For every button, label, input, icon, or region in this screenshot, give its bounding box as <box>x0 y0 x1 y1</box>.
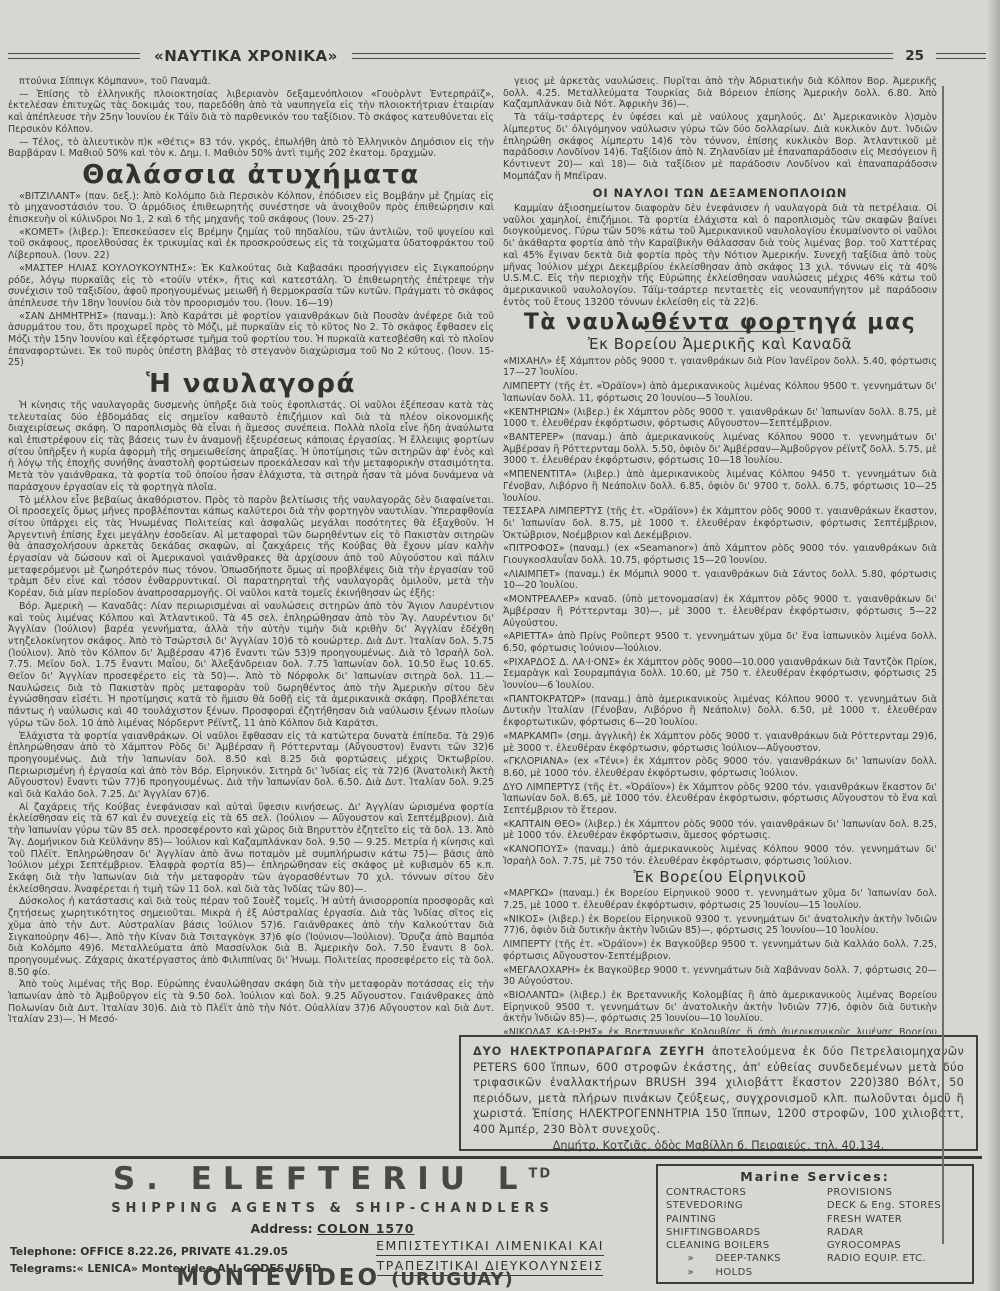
company-main: ELEFTERIU <box>191 1161 476 1197</box>
marine-services-box: Marine Services: CONTRACTORSSTEVEDORINGP… <box>656 1164 974 1284</box>
freight-continuation-section: γειος μὲ ἀρκετὰς ναυλώσεις. Πυρῖται ἀπὸ … <box>503 76 937 182</box>
page-edge-line <box>942 86 944 1244</box>
company-address: Address: COLON 1570 <box>0 1221 665 1236</box>
service-item: CLEANING BOILERS <box>666 1239 827 1252</box>
tanker-paragraph: Καμμίαν ἀξιοσημείωτον διαφορὰν δὲν ἐνεφά… <box>503 203 937 308</box>
accidents-section: «ΒΙΤΖΙΛΑΝΤ» (παν. δεξ.): Ἀπὸ Κολόμπο διὰ… <box>8 191 494 370</box>
ship-listing: «ΜΑΡΓΚΩ» (παναμ.) ἐκ Βορείου Εἰρηνικοῦ 9… <box>503 888 937 911</box>
ship-listing: «ΝΙΚΟΛΑΣ ΚΑ·Ι·ΡΗΣ» ἐκ Βρεταννικῆς Κολομβ… <box>503 1027 937 1034</box>
freight-paragraph: Τὸ μέλλον εἶνε βεβαίως ἀκαθόριστον. Πρὸς… <box>8 495 494 600</box>
generator-ad-contact: Δημήτρ. Κοτζιᾶς, ὁδὸς Μαβίλλη 6, Πειραιε… <box>473 1139 964 1152</box>
company-suffix: LTD <box>498 1161 552 1197</box>
generator-ad-text: ΔΥΟ ΗΛΕΚΤΡΟΠΑΡΑΓΩΓΑ ΖΕΥΓΗ ἀποτελούμενα ἐ… <box>473 1044 964 1138</box>
section-north-america: Ἐκ Βορείου Ἀμερικῆς καὶ Καναδᾶ <box>503 339 937 351</box>
intro-paragraph: πτούνια Σίππιγκ Κόμπανυ», τοῦ Παναμᾶ. <box>8 76 494 88</box>
right-column: γειος μὲ ἀρκετὰς ναυλώσεις. Πυρῖται ἀπὸ … <box>503 76 937 1034</box>
service-item: PAINTING <box>666 1213 827 1226</box>
freight-section: Ἡ κίνησις τῆς ναυλαγορᾶς δυσμενὴς ὑπῆρξε… <box>8 400 494 1026</box>
intro-paragraph: — Ἐπίσης τὸ ἑλληνικῆς πλοιοκτησίας λιβερ… <box>8 89 494 136</box>
ship-listing: «ΠΑΝΤΟΚΡΑΤΩΡ» (παναμ.) ἀπὸ ἀμερικανικοὺς… <box>503 694 937 729</box>
ship-listing: «ΜΠΕΝΕΝΤΙΤΑ» (λιβερ.) ἀπὸ ἀμερικανικοὺς … <box>503 469 937 504</box>
generator-ad-body: ἀποτελούμενα ἐκ δύο Πετρελαιομηχανῶν PET… <box>473 1045 964 1136</box>
country-name: (URUGUAY) <box>391 1269 514 1290</box>
section-north-pacific: Ἐκ Βορείου Εἰρηνικοῦ <box>503 872 937 884</box>
ship-listing: «ΠΙΤΡΟΦΟΣ» (παναμ.) (ex «Seamanor») ἀπὸ … <box>503 543 937 566</box>
ship-listing: «ΜΕΓΑΛΟΧΑΡΗ» ἐκ Βαγκοῦβερ 9000 τ. γεννημ… <box>503 965 937 988</box>
freight-paragraph: Τὰ τάϊμ-τσάρτερς ἐν ὑφέσει καὶ μὲ ναύλου… <box>503 112 937 182</box>
address-label: Address: <box>250 1221 312 1236</box>
accident-paragraph: «ΚΟΜΕΤ» (λιβερ.): Ἐπεσκεύασεν εἰς Βρέμην… <box>8 227 494 262</box>
ship-listing: ΛΙΜΠΕΡΤΥ (τῆς ἑτ. «Ὀράϊον») ἐκ Βαγκοῦβερ… <box>503 939 937 962</box>
ship-listing: «ΛΙΑΙΜΠΕΤ» (παναμ.) ἐκ Μόμπιλ 9000 τ. γα… <box>503 569 937 592</box>
accident-paragraph: «ΜΑΣΤΕΡ ΗΛΙΑΣ ΚΟΥΛΟΥΚΟΥΝΤΗΣ»: Ἐκ Καλκούτ… <box>8 263 494 310</box>
ship-listing: «ΚΑΠΤΑΙΝ ΘΕΟ» (λιβερ.) ἐκ Χάμπτον ρὸδς 9… <box>503 819 937 842</box>
intro-paragraph: — Τέλος, τὸ ἁλιευτικὸν π)κ «Θέτις» 83 τό… <box>8 137 494 160</box>
company-name: S. ELEFTERIU LTD <box>0 1161 665 1197</box>
service-item: » DEEP-TANKS <box>666 1252 827 1265</box>
freight-paragraph: Αἱ ζαχάρεις τῆς Κούβας ἐνεφάνισαν καὶ αὐ… <box>8 802 494 896</box>
magazine-title: «ΝΑΥΤΙΚΑ ΧΡΟΝΙΚΑ» <box>154 47 338 65</box>
freight-paragraph: γειος μὲ ἀρκετὰς ναυλώσεις. Πυρῖται ἀπὸ … <box>503 76 937 111</box>
ship-listing: ΤΕΣΣΑΡΑ ΛΙΜΠΕΡΤΥΣ (τῆς ἑτ. «Ὀράϊον») ἐκ … <box>503 506 937 541</box>
ship-listing: «ΚΑΝΟΠΟΥΣ» (παναμ.) ἀπὸ ἀμερικανικοὺς λι… <box>503 844 937 867</box>
freight-paragraph: Ἡ κίνησις τῆς ναυλαγορᾶς δυσμενὴς ὑπῆρξε… <box>8 400 494 494</box>
services-left-list: CONTRACTORSSTEVEDORINGPAINTINGSHIFTINGBO… <box>666 1186 827 1279</box>
generator-sale-ad: ΔΥΟ ΗΛΕΚΤΡΟΠΑΡΑΓΩΓΑ ΖΕΥΓΗ ἀποτελούμενα ἐ… <box>459 1035 978 1151</box>
generator-ad-lead: ΔΥΟ ΗΛΕΚΤΡΟΠΑΡΑΓΩΓΑ ΖΕΥΓΗ <box>473 1045 705 1058</box>
magazine-page: «ΝΑΥΤΙΚΑ ΧΡΟΝΙΚΑ» 25 πτούνια Σίππιγκ Κόμ… <box>0 0 1000 1291</box>
masthead-rule-center <box>352 53 893 59</box>
left-column: πτούνια Σίππιγκ Κόμπανυ», τοῦ Παναμᾶ.— Ἐ… <box>8 76 494 1152</box>
freight-paragraph: Ἐλάχιστα τὰ φορτία γαιανθράκων. Οἱ ναῦλο… <box>8 731 494 801</box>
service-item: CONTRACTORS <box>666 1186 827 1199</box>
ship-listing: ΛΙΜΠΕΡΤΥ (τῆς ἑτ. «Ὀράϊον») ἀπὸ ἀμερικαν… <box>503 381 937 404</box>
chartered-headline: Τὰ ναυλωθέντα φορτηγά μας <box>503 317 937 329</box>
intro-section: πτούνια Σίππιγκ Κόμπανυ», τοῦ Παναμᾶ.— Ἐ… <box>8 76 494 160</box>
ship-listing: «ΑΡΙΕΤΤΑ» ἀπὸ Πρίνς Ροῦπερτ 9500 τ. γενν… <box>503 631 937 654</box>
company-tagline: SHIPPING AGENTS & SHIP-CHANDLERS <box>0 1201 665 1216</box>
masthead-rule-right <box>936 53 986 59</box>
listings-north-america: «ΜΙΧΑΗΛ» ἐξ Χάμπτον ρὸδς 9000 τ. γαιανθρ… <box>503 356 937 868</box>
elefteriu-ad: S. ELEFTERIU LTD SHIPPING AGENTS & SHIP-… <box>0 1156 982 1291</box>
masthead: «ΝΑΥΤΙΚΑ ΧΡΟΝΙΚΑ» 25 <box>8 47 986 65</box>
tanker-rates-section: Καμμίαν ἀξιοσημείωτον διαφορὰν δὲν ἐνεφά… <box>503 203 937 308</box>
accident-paragraph: «ΣΑΝ ΔΗΜΗΤΡΗΣ» (παναμ.): Ἀπὸ Καράτσι μὲ … <box>8 311 494 370</box>
address-value: COLON 1570 <box>317 1221 415 1236</box>
marine-services-columns: CONTRACTORSSTEVEDORINGPAINTINGSHIFTINGBO… <box>666 1186 964 1279</box>
ship-listing: «ΒΙΟΛΑΝΤΩ» (λιβερ.) ἐκ Βρεταννικῆς Κολομ… <box>503 990 937 1025</box>
marine-services-title: Marine Services: <box>666 1169 964 1184</box>
ship-listing: «ΜΟΝΤΡΕΑΛΕΡ» καναδ. (ὑπὸ μετονομασίαν) ἐ… <box>503 594 937 629</box>
ship-listing: «ΓΚΛΟΡΙΑΝΑ» (ex «Τένι») ἐκ Χάμπτον ρὸδς … <box>503 756 937 779</box>
accident-paragraph: «ΒΙΤΖΙΛΑΝΤ» (παν. δεξ.): Ἀπὸ Κολόμπο διὰ… <box>8 191 494 226</box>
ship-listing: «ΝΙΚΟΣ» (λιβερ.) ἐκ Βορείου Εἰρηνικοῦ 93… <box>503 914 937 937</box>
page-edge-shadow <box>987 0 1000 1291</box>
ship-listing: ΔΥΟ ΛΙΜΠΕΡΤΥΣ (τῆς ἑτ. «Ὀράϊον») ἐκ Χάμπ… <box>503 782 937 817</box>
ship-listing: «ΜΙΧΑΗΛ» ἐξ Χάμπτον ρὸδς 9000 τ. γαιανθρ… <box>503 356 937 379</box>
freight-paragraph: Δύσκολος ἡ κατάστασις καὶ διὰ τοὺς πέραν… <box>8 896 494 978</box>
freight-paragraph: Ἀπὸ τοὺς λιμένας τῆς Βορ. Εὐρώπης ἐναυλώ… <box>8 979 494 1026</box>
listings-north-pacific: «ΜΑΡΓΚΩ» (παναμ.) ἐκ Βορείου Εἰρηνικοῦ 9… <box>503 888 937 1034</box>
service-item: SHIFTINGBOARDS <box>666 1226 827 1239</box>
accidents-headline: Θαλάσσια ἀτυχήματα <box>8 170 494 182</box>
company-prefix: S. <box>113 1161 169 1197</box>
service-item: STEVEDORING <box>666 1199 827 1212</box>
service-item: RADIO EQUIP. ETC. <box>827 1252 964 1265</box>
service-item: » HOLDS <box>666 1266 827 1279</box>
ship-listing: «ΚΕΝΤΗΡΙΩΝ» (λιβερ.) ἐκ Χάμπτον ρὸδς 900… <box>503 407 937 430</box>
company-city: MONTEVIDEO (URUGUAY) <box>30 1265 660 1291</box>
freight-headline: Ἡ ναυλαγορά <box>8 379 494 391</box>
tanker-rates-headline: ΟΙ ΝΑΥΛΟΙ ΤΩΝ ΔΕΞΑΜΕΝΟΠΛΟΙΩΝ <box>503 188 937 200</box>
ship-listing: «ΒΑΝΤΕΡΕΡ» (παναμ.) ἀπὸ ἀμερικανικοὺς λι… <box>503 432 937 467</box>
page-number: 25 <box>905 48 924 64</box>
ship-listing: «ΜΑΡΚΑΜΠ» (σημ. ἀγγλικὴ) ἐκ Χάμπτον ρὸδς… <box>503 731 937 754</box>
ship-listing: «ΡΙΧΑΡΔΟΣ Δ. ΛΑ·Ι·ΟΝΣ» ἐκ Χάμπτον ρὸδς 9… <box>503 657 937 692</box>
telephone-line: Telephone: OFFICE 8.22.26, PRIVATE 41.29… <box>10 1243 340 1260</box>
masthead-rule-left <box>8 53 140 59</box>
greek-line-1: ΕΜΠΙΣΤΕΥΤΙΚΑΙ ΛΙΜΕΝΙΚΑΙ ΚΑΙ <box>376 1238 604 1256</box>
freight-paragraph: Βόρ. Ἀμερικὴ — Καναδᾶς: Λίαν περιωρισμέν… <box>8 601 494 730</box>
city-name: MONTEVIDEO <box>176 1265 380 1291</box>
